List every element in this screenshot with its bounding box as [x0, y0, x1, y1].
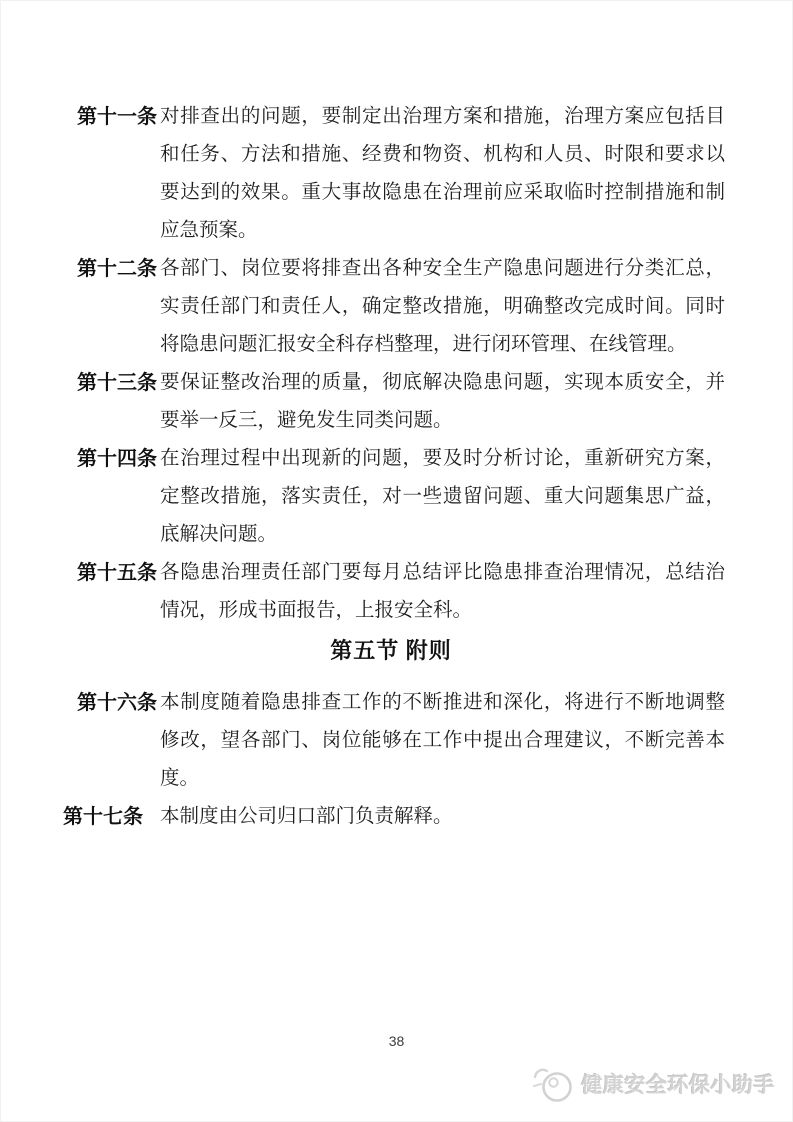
article-body: 各部门、岗位要将排查出各种安全生产隐患问题进行分类汇总，落 实责任部门和责任人，… [160, 250, 725, 364]
text-line: 底解决问题。 [160, 516, 725, 554]
document-content: 第十一条 对排查出的问题，要制定出治理方案和措施，治理方案应包括目标 和任务、方… [77, 98, 725, 836]
article-body: 各隐患治理责任部门要每月总结评比隐患排查治理情况，总结治理 情况，形成书面报告，… [160, 554, 725, 630]
article-11: 第十一条 对排查出的问题，要制定出治理方案和措施，治理方案应包括目标 和任务、方… [77, 98, 725, 250]
text-line: 实责任部门和责任人，确定整改措施，明确整改完成时间。同时要 [160, 288, 725, 326]
text-line: 要保证整改治理的质量，彻底解决隐患问题，实现本质安全，并且 [160, 364, 725, 402]
article-number-label: 第十四条 [77, 440, 160, 478]
text-line: 度。 [160, 760, 725, 798]
section-heading: 第五节 附则 [67, 632, 715, 670]
article-17: 第十七条 本制度由公司归口部门负责解释。 [77, 798, 725, 836]
article-12: 第十二条 各部门、岗位要将排查出各种安全生产隐患问题进行分类汇总，落 实责任部门… [77, 250, 725, 364]
text-line: 情况，形成书面报告，上报安全科。 [160, 592, 725, 630]
article-body: 本制度随着隐患排查工作的不断推进和深化，将进行不断地调整和 修改，望各部门、岗位… [160, 684, 725, 798]
text-line: 应急预案。 [160, 212, 725, 250]
text-line: 要举一反三，避免发生同类问题。 [160, 402, 725, 440]
article-15: 第十五条 各隐患治理责任部门要每月总结评比隐患排查治理情况，总结治理 情况，形成… [77, 554, 725, 630]
article-number-label: 第十二条 [77, 250, 160, 288]
text-line: 各部门、岗位要将排查出各种安全生产隐患问题进行分类汇总，落 [160, 250, 725, 288]
text-line: 定整改措施，落实责任，对一些遗留问题、重大问题集思广益，彻 [160, 478, 725, 516]
text-line: 修改，望各部门、岗位能够在工作中提出合理建议，不断完善本制 [160, 722, 725, 760]
text-line: 在治理过程中出现新的问题，要及时分析讨论，重新研究方案，制 [160, 440, 725, 478]
text-line: 将隐患问题汇报安全科存档整理，进行闭环管理、在线管理。 [160, 326, 725, 364]
text-line: 各隐患治理责任部门要每月总结评比隐患排查治理情况，总结治理 [160, 554, 725, 592]
article-number-label: 第十六条 [77, 684, 160, 722]
article-16: 第十六条 本制度随着隐患排查工作的不断推进和深化，将进行不断地调整和 修改，望各… [77, 684, 725, 798]
text-line: 和任务、方法和措施、经费和物资、机构和人员、时限和要求以及 [160, 136, 725, 174]
text-line: 对排查出的问题，要制定出治理方案和措施，治理方案应包括目标 [160, 98, 725, 136]
article-body: 对排查出的问题，要制定出治理方案和措施，治理方案应包括目标 和任务、方法和措施、… [160, 98, 725, 250]
mascot-logo-icon [529, 1062, 575, 1106]
article-number-label: 第十五条 [77, 554, 160, 592]
text-line: 要达到的效果。重大事故隐患在治理前应采取临时控制措施和制定 [160, 174, 725, 212]
article-body: 在治理过程中出现新的问题，要及时分析讨论，重新研究方案，制 定整改措施，落实责任… [160, 440, 725, 554]
text-line: 本制度随着隐患排查工作的不断推进和深化，将进行不断地调整和 [160, 684, 725, 722]
document-page: 第十一条 对排查出的问题，要制定出治理方案和措施，治理方案应包括目标 和任务、方… [0, 0, 793, 1122]
article-number-label: 第十三条 [77, 364, 160, 402]
article-number-label: 第十一条 [77, 98, 160, 136]
text-line: 本制度由公司归口部门负责解释。 [160, 798, 725, 836]
page-number: 38 [0, 1033, 793, 1049]
article-14: 第十四条 在治理过程中出现新的问题，要及时分析讨论，重新研究方案，制 定整改措施… [77, 440, 725, 554]
watermark-text: 健康安全环保小助手 [582, 1069, 776, 1099]
article-number-label: 第十七条 [63, 798, 160, 836]
article-13: 第十三条 要保证整改治理的质量，彻底解决隐患问题，实现本质安全，并且 要举一反三… [77, 364, 725, 440]
watermark: 健康安全环保小助手 [529, 1062, 776, 1106]
article-body: 要保证整改治理的质量，彻底解决隐患问题，实现本质安全，并且 要举一反三，避免发生… [160, 364, 725, 440]
article-body: 本制度由公司归口部门负责解释。 [160, 798, 725, 836]
